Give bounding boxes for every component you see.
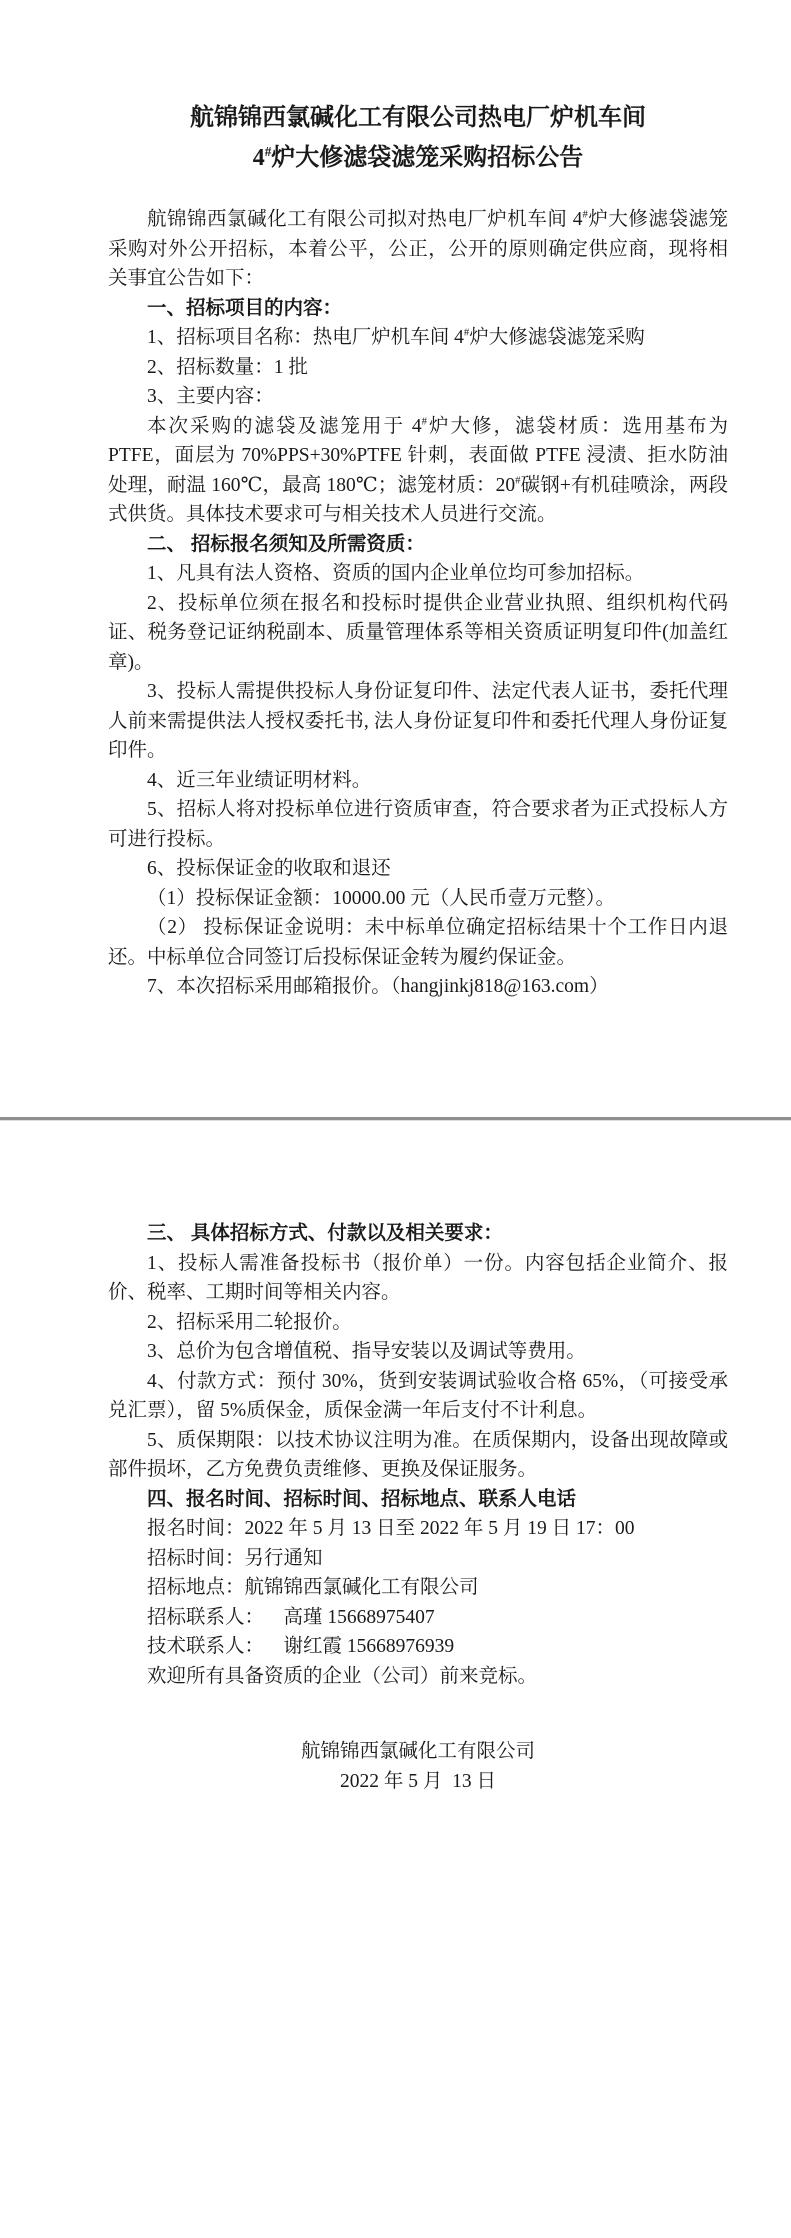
- section-heading: 四、报名时间、招标时间、招标地点、联系人电话: [108, 1485, 728, 1515]
- paragraph: 技术联系人： 谢红霞 15668976939: [108, 1632, 728, 1662]
- page-2: 三、 具体招标方式、付款以及相关要求：1、投标人需准备投标书（报价单）一份。内容…: [0, 1121, 791, 2238]
- paragraph: 招标联系人： 高瑾 15668975407: [108, 1603, 728, 1633]
- paragraph: （2） 投标保证金说明：未中标单位确定招标结果十个工作日内退还。中标单位合同签订…: [108, 913, 728, 972]
- footer-date: 2022 年 5 月 13 日: [108, 1767, 728, 1797]
- page-1-body: 航锦锦西氯碱化工有限公司拟对热电厂炉机车间 4#炉大修滤袋滤笼采购对外公开招标，…: [108, 205, 728, 1002]
- paragraph: 3、主要内容：: [108, 382, 728, 412]
- paragraph: 6、投标保证金的收取和退还: [108, 854, 728, 884]
- paragraph: 招标时间：另行通知: [108, 1544, 728, 1574]
- paragraph: （1）投标保证金额：10000.00 元（人民币壹万元整）。: [108, 884, 728, 914]
- paragraph: 3、投标人需提供投标人身份证复印件、法定代表人证书，委托代理人前来需提供法人授权…: [108, 677, 728, 766]
- document: 航锦锦西氯碱化工有限公司热电厂炉机车间 4#炉大修滤袋滤笼采购招标公告 航锦锦西…: [0, 0, 791, 2238]
- paragraph: 2、投标单位须在报名和投标时提供企业营业执照、组织机构代码证、税务登记证纳税副本…: [108, 589, 728, 678]
- section-heading: 一、招标项目的内容：: [108, 294, 728, 324]
- paragraph: 1、招标项目名称：热电厂炉机车间 4#炉大修滤袋滤笼采购: [108, 323, 728, 353]
- section-heading: 二、 招标报名须知及所需资质：: [108, 530, 728, 560]
- paragraph: 本次采购的滤袋及滤笼用于 4#炉大修，滤袋材质：选用基布为 PTFE，面层为 7…: [108, 412, 728, 530]
- paragraph: 2、招标采用二轮报价。: [108, 1308, 728, 1338]
- paragraph: 3、总价为包含增值税、指导安装以及调试等费用。: [108, 1337, 728, 1367]
- page-2-body: 三、 具体招标方式、付款以及相关要求：1、投标人需准备投标书（报价单）一份。内容…: [108, 1219, 728, 1691]
- paragraph: 1、凡具有法人资格、资质的国内企业单位均可参加招标。: [108, 559, 728, 589]
- paragraph: 7、本次招标采用邮箱报价。（hangjinkj818@163.com）: [108, 972, 728, 1002]
- document-title-line-1: 航锦锦西氯碱化工有限公司热电厂炉机车间: [108, 98, 728, 138]
- footer-company: 航锦锦西氯碱化工有限公司: [108, 1737, 728, 1767]
- section-heading: 三、 具体招标方式、付款以及相关要求：: [108, 1219, 728, 1249]
- paragraph: 1、投标人需准备投标书（报价单）一份。内容包括企业简介、报价、税率、工期时间等相…: [108, 1249, 728, 1308]
- document-title-line-2: 4#炉大修滤袋滤笼采购招标公告: [108, 138, 728, 178]
- paragraph: 航锦锦西氯碱化工有限公司拟对热电厂炉机车间 4#炉大修滤袋滤笼采购对外公开招标，…: [108, 205, 728, 294]
- paragraph: 2、招标数量：1 批: [108, 353, 728, 383]
- page-1: 航锦锦西氯碱化工有限公司热电厂炉机车间 4#炉大修滤袋滤笼采购招标公告 航锦锦西…: [0, 0, 791, 1117]
- paragraph: 4、付款方式：预付 30%，货到安装调试验收合格 65%，（可接受承兑汇票），留…: [108, 1367, 728, 1426]
- paragraph: 招标地点：航锦锦西氯碱化工有限公司: [108, 1573, 728, 1603]
- document-title: 航锦锦西氯碱化工有限公司热电厂炉机车间 4#炉大修滤袋滤笼采购招标公告: [108, 98, 728, 178]
- document-footer: 航锦锦西氯碱化工有限公司 2022 年 5 月 13 日: [108, 1737, 728, 1796]
- paragraph: 4、近三年业绩证明材料。: [108, 766, 728, 796]
- paragraph: 报名时间：2022 年 5 月 13 日至 2022 年 5 月 19 日 17…: [108, 1514, 728, 1544]
- paragraph: 5、质保期限：以技术协议注明为准。在质保期内，设备出现故障或部件损坏，乙方免费负…: [108, 1426, 728, 1485]
- paragraph: 欢迎所有具备资质的企业（公司）前来竞标。: [108, 1662, 728, 1692]
- paragraph: 5、招标人将对投标单位进行资质审查，符合要求者为正式投标人方可进行投标。: [108, 795, 728, 854]
